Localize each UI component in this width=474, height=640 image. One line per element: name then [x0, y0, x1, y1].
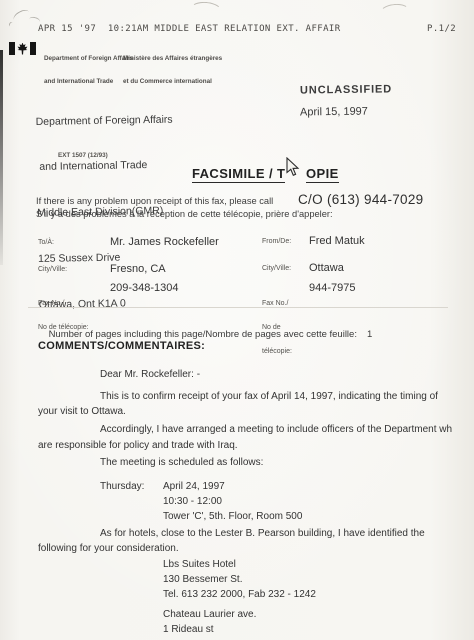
pencil-mark: [12, 8, 32, 25]
scan-edge-artifact: [0, 50, 3, 265]
schedule-date: April 24, 1997: [163, 481, 225, 492]
flag-bar-right: [30, 42, 36, 55]
schedule-time: 10:30 - 12:00: [163, 496, 222, 507]
address-line: Department of Foreign Affairs: [36, 112, 173, 130]
schedule-intro: The meeting is scheduled as follows:: [100, 457, 263, 468]
canada-flag-logo: [9, 42, 36, 55]
flag-bar-left: [9, 42, 15, 55]
hotel-address: 1 Rideau st: [163, 624, 214, 635]
schedule-location: Tower 'C', 5th. Floor, Room 500: [163, 511, 302, 522]
paragraph-line: As for hotels, close to the Lester B. Pe…: [100, 528, 425, 539]
classification-label: UNCLASSIFIED: [300, 83, 392, 96]
to-city-value: Fresno, CA: [110, 263, 166, 275]
pencil-mark: [8, 21, 15, 28]
maple-leaf-icon: [17, 43, 28, 55]
from-label: From/De:: [262, 238, 291, 246]
scan-arc-artifact: [189, 1, 222, 21]
paragraph-line: your visit to Ottawa.: [38, 406, 126, 417]
from-city-value: Ottawa: [309, 262, 344, 274]
to-city-label: City/Ville:: [38, 266, 67, 274]
paragraph-line: following for your consideration.: [38, 543, 179, 554]
facsimile-title-right: OPIE: [306, 166, 339, 183]
problem-note-french: S'il y a des problèmes à la réception de…: [36, 209, 333, 219]
hotel-phone: Tel. 613 232 2000, Fab 232 - 1242: [163, 589, 316, 600]
fax-stamp-line: APR 15 '97 10:21AM MIDDLE EAST RELATION …: [38, 24, 341, 34]
schedule-day: Thursday:: [100, 481, 144, 492]
to-label: To/À:: [38, 239, 54, 247]
to-value: Mr. James Rockefeller: [110, 236, 219, 248]
fax-document-page: APR 15 '97 10:21AM MIDDLE EAST RELATION …: [0, 0, 474, 640]
to-fax-value: 209-348-1304: [110, 282, 179, 294]
salutation: Dear Mr. Rockefeller: -: [100, 369, 200, 380]
from-value: Fred Matuk: [309, 235, 365, 247]
hotel-name: Lbs Suites Hotel: [163, 559, 236, 570]
form-code: EXT 1507 (12/93): [58, 152, 108, 159]
document-date: April 15, 1997: [300, 106, 368, 119]
form-divider-line: [28, 307, 448, 308]
hotel-address: 130 Bessemer St.: [163, 574, 242, 585]
from-fax-value: 944-7975: [309, 282, 356, 294]
from-city-label: City/Ville:: [262, 265, 291, 273]
facsimile-title-left: FACSIMILE / T: [192, 166, 285, 183]
paragraph-line: Accordingly, I have arranged a meeting t…: [100, 424, 452, 435]
comments-heading: COMMENTS/COMMENTAIRES:: [38, 340, 205, 352]
paragraph-line: are responsible for policy and trade wit…: [38, 440, 238, 451]
page-count-value: 1: [367, 329, 372, 340]
fax-stamp-page-number: P.1/2: [427, 24, 456, 34]
address-line: and International Trade: [36, 158, 173, 176]
scan-arc-artifact: [379, 3, 410, 22]
contact-phone-number: C/O (613) 944-7029: [298, 192, 423, 207]
mouse-cursor-icon: [283, 157, 301, 177]
problem-note-english: If there is any problem upon receipt of …: [36, 196, 273, 206]
page-count-label: Number of pages including this page/Nomb…: [49, 329, 357, 340]
hotel-name: Chateau Laurier ave.: [163, 609, 256, 620]
paragraph-line: This is to confirm receipt of your fax o…: [100, 391, 438, 402]
